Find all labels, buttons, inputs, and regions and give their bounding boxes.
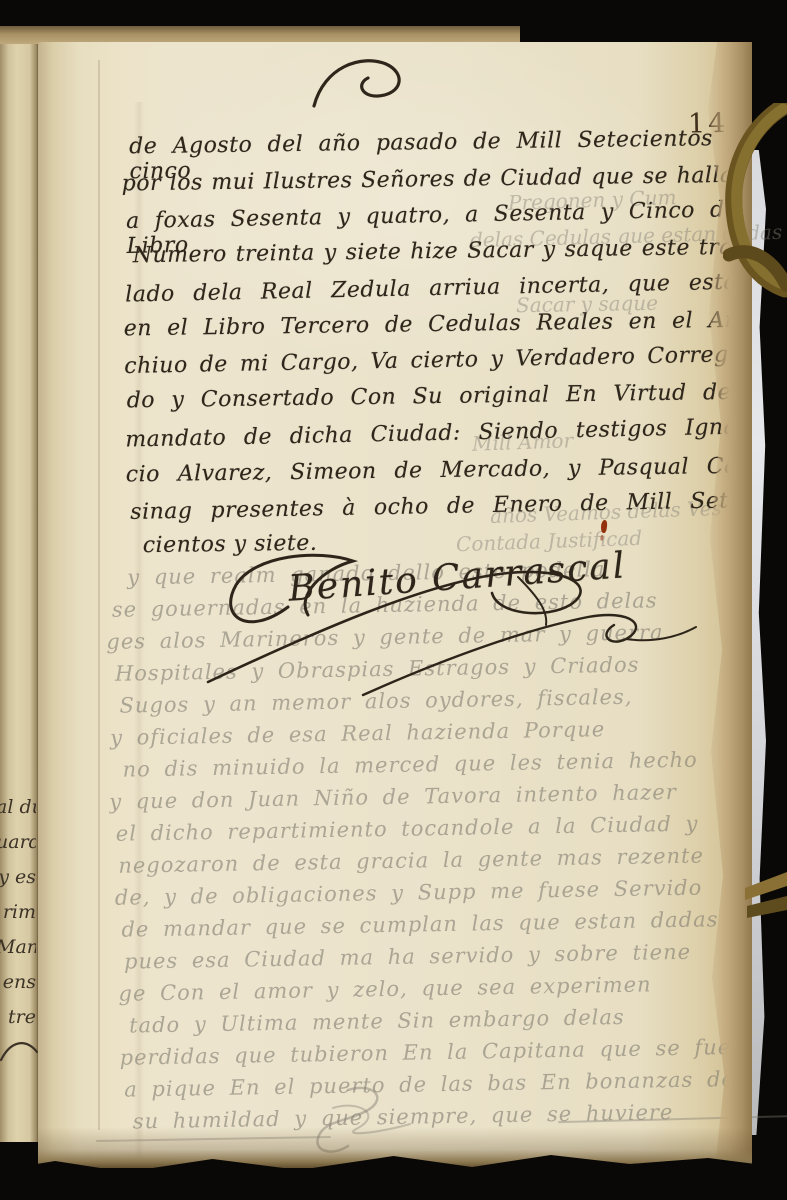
- facing-page-text-fragments: al duuardy esrimMandenstre: [0, 790, 36, 1035]
- manuscript-photo: al duuardy esrimMandenstre Pregonen y Cu…: [0, 0, 787, 1200]
- leather-strap-bottom-icon: [745, 870, 787, 926]
- facing-page-edge: al duuardy esrimMandenstre: [0, 30, 40, 1142]
- signature-flourish: [178, 547, 708, 707]
- facing-page-text-fragment: y es: [0, 860, 36, 895]
- gutter-crease: [98, 60, 100, 1130]
- manuscript-text-line: sinag presentes à ocho de Enero de Mill …: [130, 488, 742, 525]
- top-flourish: [306, 52, 416, 112]
- manuscript-text-line: chiuo de mi Cargo, Va cierto y Verdadero…: [124, 342, 736, 379]
- manuscript-page: Pregonen y Cumdelas Cedulas que estan da…: [38, 42, 752, 1168]
- manuscript-text-line: mandato de dicha Ciudad: Siendo testigos…: [125, 415, 737, 453]
- leather-strap-top-icon: [723, 103, 787, 323]
- manuscript-text-line: do y Consertado Con Su original En Virtu…: [127, 380, 739, 414]
- manuscript-text-line: lado dela Real Zedula arriua incerta, qu…: [125, 270, 737, 308]
- facing-page-text-fragment: rim: [0, 895, 36, 930]
- manuscript-text-line: cio Alvarez, Simeon de Mercado, y Pasqua…: [126, 454, 738, 488]
- facing-page-text-fragment: Mand: [0, 930, 36, 965]
- facing-page-text-fragment: ens: [0, 965, 36, 1000]
- facing-page-flourish: [0, 1030, 38, 1070]
- facing-page-text-fragment: al du: [0, 790, 36, 825]
- facing-page-text-fragment: uard: [0, 825, 36, 860]
- main-text-block: de Agosto del año pasado de Mill Setecie…: [121, 116, 757, 575]
- manuscript-text-line: en el Libro Tercero de Cedulas Reales en…: [124, 308, 736, 342]
